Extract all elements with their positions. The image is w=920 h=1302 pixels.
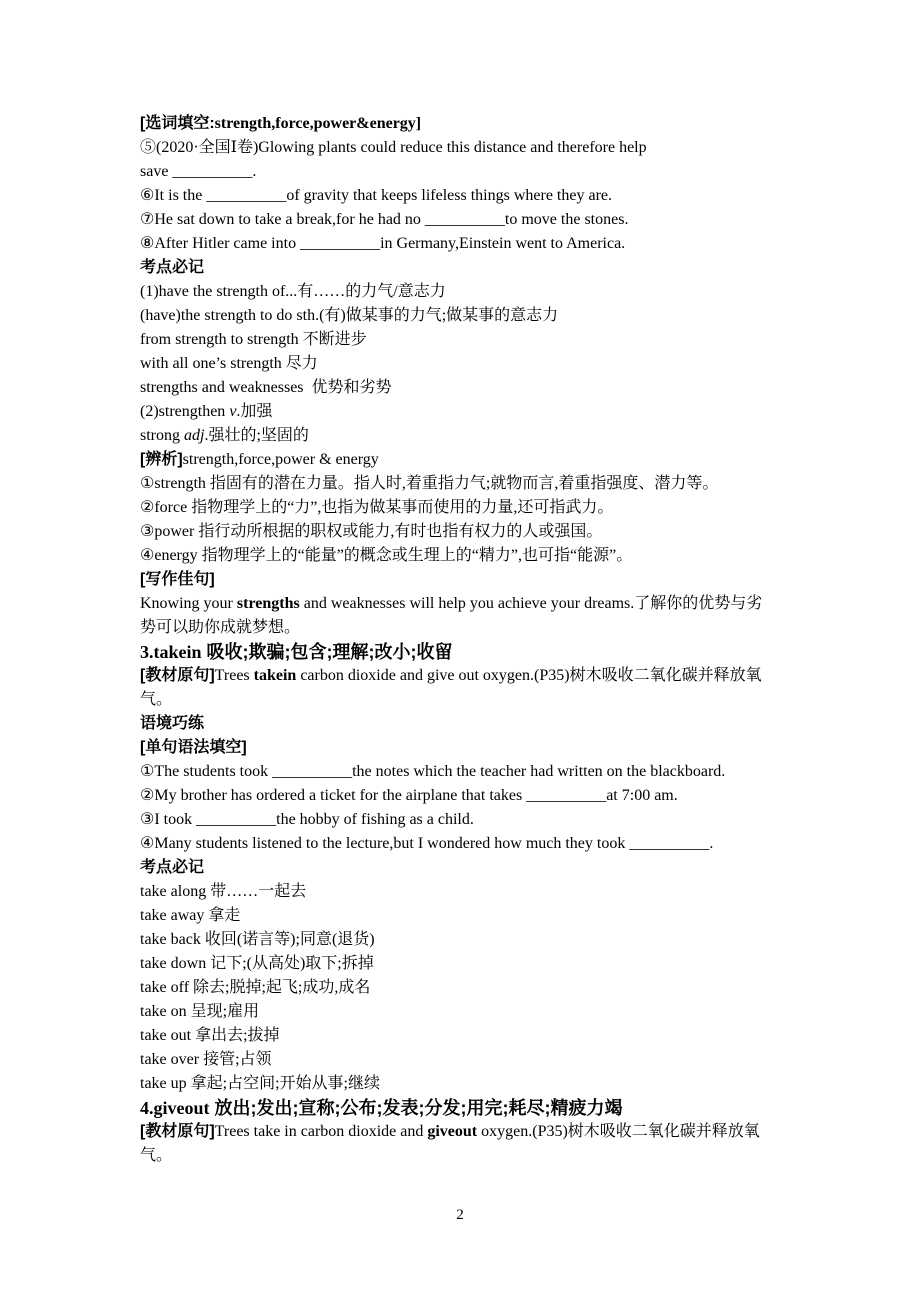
- phrase-line: take down 记下;(从高处)取下;拆掉: [140, 952, 800, 976]
- textbook-sentence-cont: 气。: [140, 688, 800, 712]
- text-segment: [教材原句]: [140, 1123, 215, 1140]
- text-segment: Knowing your: [140, 595, 237, 612]
- label-word-choice-fill: [选词填空:strength,force,power&energy]: [140, 112, 800, 136]
- text-segment: strength,force,power&energy: [215, 115, 416, 132]
- text-segment: 势可以助你成就梦想。: [140, 619, 300, 636]
- note-line: strong adj.强壮的;坚固的: [140, 424, 800, 448]
- text-segment: [单句语法填空]: [140, 739, 247, 756]
- text-segment: 4.giveout: [140, 1098, 210, 1118]
- entry-heading-take-in: 3.takein 吸收;欺骗;包含;理解;改小;收留: [140, 640, 800, 664]
- label-key-points: 考点必记: [140, 256, 800, 280]
- text-segment: ⑧After Hitler came into __________in Ger…: [140, 235, 625, 252]
- textbook-sentence-cont: 气。: [140, 1144, 800, 1168]
- phrase-line: take up 拿起;占空间;开始从事;继续: [140, 1072, 800, 1096]
- phrase-line: take along 带……一起去: [140, 880, 800, 904]
- text-segment: .加强: [236, 403, 272, 420]
- textbook-sentence: [教材原句]Trees take in carbon dioxide and g…: [140, 1120, 800, 1144]
- phrase-line: take over 接管;占领: [140, 1048, 800, 1072]
- text-segment: oxygen.(P35)树木吸收二氧化碳并释放氧: [477, 1123, 760, 1140]
- note-line: (have)the strength to do sth.(有)做某事的力气;做…: [140, 304, 800, 328]
- text-segment: take down 记下;(从高处)取下;拆掉: [140, 955, 374, 972]
- text-segment: take up 拿起;占空间;开始从事;继续: [140, 1075, 380, 1092]
- phrase-line: take out 拿出去;拔掉: [140, 1024, 800, 1048]
- text-segment: (1)have the strength of...有……的力气/意志力: [140, 283, 446, 300]
- text-segment: ①strength 指固有的潜在力量。指人时,着重指力气;就物而言,着重指强度、…: [140, 475, 718, 492]
- text-segment: Trees take in carbon dioxide and: [215, 1123, 428, 1140]
- exercise-item-8: ⑧After Hitler came into __________in Ger…: [140, 232, 800, 256]
- text-segment: [辨析]: [140, 451, 183, 468]
- text-segment: ]: [416, 115, 421, 132]
- text-segment: strong: [140, 427, 184, 444]
- note-line: with all one’s strength 尽力: [140, 352, 800, 376]
- text-segment: strengths and weaknesses 优势和劣势: [140, 379, 392, 396]
- text-segment: take over 接管;占领: [140, 1051, 272, 1068]
- exercise-item-5-cont: save __________.: [140, 160, 800, 184]
- label-discrimination: [辨析]strength,force,power & energy: [140, 448, 800, 472]
- text-segment: from strength to strength 不断进步: [140, 331, 367, 348]
- text-segment: 考点必记: [140, 259, 204, 276]
- exercise-item-7: ⑦He sat down to take a break,for he had …: [140, 208, 800, 232]
- page-number: 2: [0, 1204, 920, 1226]
- text-segment: 3.takein: [140, 642, 202, 662]
- text-segment: take off 除去;脱掉;起飞;成功,成名: [140, 979, 370, 996]
- note-line: (1)have the strength of...有……的力气/意志力: [140, 280, 800, 304]
- text-segment: ②My brother has ordered a ticket for the…: [140, 787, 678, 804]
- note-line: ②force 指物理学上的“力”,也指为做某事而使用的力量,还可指武力。: [140, 496, 800, 520]
- text-segment: 气。: [140, 691, 172, 708]
- note-line: strengths and weaknesses 优势和劣势: [140, 376, 800, 400]
- exercise-item-2: ②My brother has ordered a ticket for the…: [140, 784, 800, 808]
- phrase-line: take on 呈现;雇用: [140, 1000, 800, 1024]
- text-segment: and weaknesses will help you achieve you…: [300, 595, 763, 612]
- document-body: [选词填空:strength,force,power&energy]⑤(2020…: [140, 112, 800, 1168]
- note-line: Knowing your strengths and weaknesses wi…: [140, 592, 800, 616]
- note-line: ③power 指行动所根据的职权或能力,有时也指有权力的人或强国。: [140, 520, 800, 544]
- entry-heading-give-out: 4.giveout 放出;发出;宣称;公布;发表;分发;用完;耗尽;精疲力竭: [140, 1096, 800, 1120]
- text-segment: save __________.: [140, 163, 256, 180]
- text-segment: take away 拿走: [140, 907, 240, 924]
- text-segment: [选词填空:: [140, 115, 215, 132]
- text-segment: takein: [254, 667, 297, 684]
- text-segment: ④Many students listened to the lecture,b…: [140, 835, 713, 852]
- label-writing-sentence: [写作佳句]: [140, 568, 800, 592]
- text-segment: ⑤(2020·全国Ⅰ卷)Glowing plants could reduce …: [140, 139, 647, 156]
- text-segment: strengths: [237, 595, 300, 612]
- text-segment: 吸收;欺骗;包含;理解;改小;收留: [202, 642, 453, 662]
- document-viewport: { "page": { "number": "2", "background_c…: [0, 0, 920, 1302]
- text-segment: giveout: [427, 1123, 477, 1140]
- phrase-line: take away 拿走: [140, 904, 800, 928]
- note-line: from strength to strength 不断进步: [140, 328, 800, 352]
- text-segment: 放出;发出;宣称;公布;发表;分发;用完;耗尽;精疲力竭: [210, 1098, 623, 1118]
- note-line: ①strength 指固有的潜在力量。指人时,着重指力气;就物而言,着重指强度、…: [140, 472, 800, 496]
- text-segment: 气。: [140, 1147, 172, 1164]
- text-segment: [教材原句]: [140, 667, 215, 684]
- phrase-line: take off 除去;脱掉;起飞;成功,成名: [140, 976, 800, 1000]
- text-segment: [写作佳句]: [140, 571, 215, 588]
- text-segment: take along 带……一起去: [140, 883, 306, 900]
- exercise-item-3: ③I took __________the hobby of fishing a…: [140, 808, 800, 832]
- text-segment: ④energy 指物理学上的“能量”的概念或生理上的“精力”,也可指“能源”。: [140, 547, 632, 564]
- label-key-points: 考点必记: [140, 856, 800, 880]
- text-segment: take out 拿出去;拔掉: [140, 1027, 280, 1044]
- note-line: (2)strengthen v.加强: [140, 400, 800, 424]
- text-segment: ⑥It is the __________of gravity that kee…: [140, 187, 612, 204]
- text-segment: (have)the strength to do sth.(有)做某事的力气;做…: [140, 307, 558, 324]
- text-segment: carbon dioxide and give out oxygen.(P35)…: [296, 667, 761, 684]
- text-segment: strength,force,power & energy: [183, 451, 379, 468]
- text-segment: .强壮的;坚固的: [204, 427, 308, 444]
- text-segment: with all one’s strength 尽力: [140, 355, 318, 372]
- note-line: 势可以助你成就梦想。: [140, 616, 800, 640]
- text-segment: 语境巧练: [140, 715, 204, 732]
- phrase-line: take back 收回(诺言等);同意(退货): [140, 928, 800, 952]
- text-segment: take back 收回(诺言等);同意(退货): [140, 931, 375, 948]
- text-segment: 考点必记: [140, 859, 204, 876]
- text-segment: ②force 指物理学上的“力”,也指为做某事而使用的力量,还可指武力。: [140, 499, 613, 516]
- text-segment: Trees: [215, 667, 254, 684]
- text-segment: ③power 指行动所根据的职权或能力,有时也指有权力的人或强国。: [140, 523, 602, 540]
- exercise-item-5: ⑤(2020·全国Ⅰ卷)Glowing plants could reduce …: [140, 136, 800, 160]
- textbook-sentence: [教材原句]Trees takein carbon dioxide and gi…: [140, 664, 800, 688]
- text-segment: ⑦He sat down to take a break,for he had …: [140, 211, 628, 228]
- exercise-item-1: ①The students took __________the notes w…: [140, 760, 800, 784]
- exercise-item-4: ④Many students listened to the lecture,b…: [140, 832, 800, 856]
- text-segment: (2)strengthen: [140, 403, 229, 420]
- label-context-practice: 语境巧练: [140, 712, 800, 736]
- label-single-sentence-fill: [单句语法填空]: [140, 736, 800, 760]
- text-segment: ③I took __________the hobby of fishing a…: [140, 811, 474, 828]
- text-segment: ①The students took __________the notes w…: [140, 763, 725, 780]
- text-segment: adj: [184, 427, 204, 444]
- text-segment: take on 呈现;雇用: [140, 1003, 259, 1020]
- exercise-item-6: ⑥It is the __________of gravity that kee…: [140, 184, 800, 208]
- document-page: [选词填空:strength,force,power&energy]⑤(2020…: [0, 0, 920, 1302]
- note-line: ④energy 指物理学上的“能量”的概念或生理上的“精力”,也可指“能源”。: [140, 544, 800, 568]
